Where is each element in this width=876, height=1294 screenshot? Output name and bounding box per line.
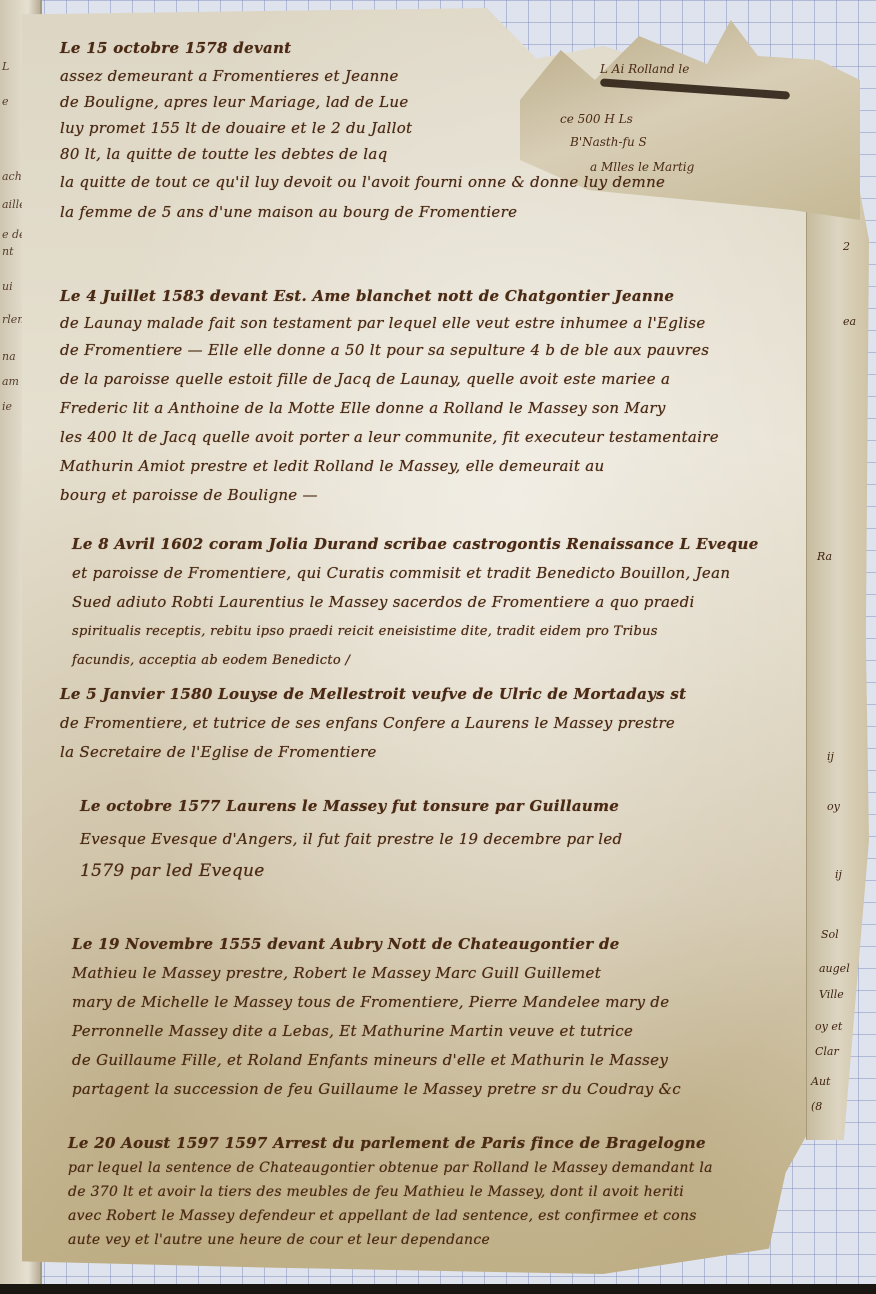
entry-line: Le 4 Juillet 1583 devant Est. Ame blanch…	[60, 282, 800, 311]
left-fragment: na	[2, 350, 16, 363]
register-entry-1580: Le 5 Janvier 1580 Louyse de Mellestroit …	[60, 680, 800, 767]
left-fragment: ui	[2, 280, 13, 293]
entry-line: de Fromentiere — Elle elle donne a 50 lt…	[60, 336, 800, 365]
entry-line: de la paroisse quelle estoit fille de Ja…	[60, 365, 800, 394]
left-fragment: L	[2, 60, 9, 73]
entry-line: Le 8 Avril 1602 coram Jolia Durand scrib…	[72, 530, 812, 559]
entry-line: par lequel la sentence de Chateaugontier…	[68, 1156, 808, 1180]
entry-line: aute vey et l'autre une heure de cour et…	[68, 1228, 808, 1252]
entry-line: de Guillaume Fille, et Roland Enfants mi…	[72, 1046, 812, 1075]
entry-line: Le 19 Novembre 1555 devant Aubry Nott de…	[72, 930, 812, 959]
entry-line: Frederic lit a Anthoine de la Motte Elle…	[60, 394, 800, 423]
margin-fragment: Ville	[819, 988, 844, 1001]
entry-line: de Fromentiere, et tutrice de ses enfans…	[60, 709, 800, 738]
entry-line: Evesque Evesque d'Angers, il fut fait pr…	[80, 821, 820, 857]
entry-line: de Launay malade fait son testament par …	[60, 311, 800, 336]
entry-line: la femme de 5 ans d'une maison au bourg …	[60, 197, 800, 227]
folded-margin-strip: e le 2 ea Ra ij oy ij Sol augel Ville oy…	[806, 140, 869, 1140]
register-entry-1597: Le 20 Aoust 1597 1597 Arrest du parlemen…	[68, 1130, 808, 1252]
margin-fragment: Aut	[811, 1075, 830, 1088]
left-fragment: am	[2, 375, 19, 388]
register-entry-1577: Le octobre 1577 Laurens le Massey fut to…	[80, 792, 820, 886]
entry-line: bourg et paroisse de Bouligne —	[60, 481, 800, 510]
margin-fragment: ij	[835, 868, 842, 881]
entry-line: Le 20 Aoust 1597 1597 Arrest du parlemen…	[68, 1130, 808, 1156]
margin-fragment: oy et	[815, 1020, 842, 1033]
register-entry-1578: Le 15 octobre 1578 devant assez demeuran…	[60, 34, 800, 227]
entry-line: la Secretaire de l'Eglise de Fromentiere	[60, 738, 800, 767]
margin-fragment: Sol	[821, 928, 839, 941]
entry-line: 1579 par led Eveque	[80, 857, 820, 886]
entry-line: 80 lt, la quitte de toutte les debtes de…	[60, 141, 800, 167]
entry-line: les 400 lt de Jacq quelle avoit porter a…	[60, 423, 800, 452]
margin-fragment: Ra	[817, 550, 832, 563]
register-entry-1555: Le 19 Novembre 1555 devant Aubry Nott de…	[72, 930, 812, 1104]
entry-line: Le 15 octobre 1578 devant	[60, 34, 800, 63]
entry-line: luy promet 155 lt de douaire et le 2 du …	[60, 115, 800, 141]
entry-line: Le octobre 1577 Laurens le Massey fut to…	[80, 792, 820, 821]
left-fragment: rlen	[2, 313, 24, 326]
entry-line: Mathurin Amiot prestre et ledit Rolland …	[60, 452, 800, 481]
left-fragment: ie	[2, 400, 12, 413]
entry-line: assez demeurant a Fromentieres et Jeanne	[60, 63, 800, 89]
entry-line: la quitte de tout ce qu'il luy devoit ou…	[60, 167, 800, 197]
entry-line: et paroisse de Fromentiere, qui Curatis …	[72, 559, 812, 588]
margin-fragment: Clar	[815, 1045, 839, 1058]
register-entry-1602: Le 8 Avril 1602 coram Jolia Durand scrib…	[72, 530, 812, 675]
entry-line: de 370 lt et avoir la tiers des meubles …	[68, 1180, 808, 1204]
margin-fragment: 2	[843, 240, 850, 253]
margin-fragment: augel	[819, 962, 850, 975]
margin-fragment: ij	[827, 750, 834, 763]
entry-line: de Bouligne, apres leur Mariage, lad de …	[60, 89, 800, 115]
left-fragment: nt	[2, 245, 14, 258]
register-entry-1583: Le 4 Juillet 1583 devant Est. Ame blanch…	[60, 282, 800, 510]
scan-bottom-shadow	[0, 1284, 876, 1294]
entry-line: Mathieu le Massey prestre, Robert le Mas…	[72, 959, 812, 988]
entry-line: Sued adiuto Robti Laurentius le Massey s…	[72, 588, 812, 617]
entry-line: facundis, acceptia ab eodem Benedicto /	[72, 646, 812, 675]
left-fragment: e	[2, 95, 9, 108]
entry-line: partagent la succession de feu Guillaume…	[72, 1075, 812, 1104]
margin-fragment: (8	[811, 1100, 822, 1113]
entry-line: mary de Michelle le Massey tous de Frome…	[72, 988, 812, 1017]
entry-line: Perronnelle Massey dite a Lebas, Et Math…	[72, 1017, 812, 1046]
margin-fragment: ea	[843, 315, 856, 328]
margin-fragment: oy	[827, 800, 840, 813]
entry-line: avec Robert le Massey defendeur et appel…	[68, 1204, 808, 1228]
entry-line: Le 5 Janvier 1580 Louyse de Mellestroit …	[60, 680, 800, 709]
entry-line: spiritualis receptis, rebitu ipso praedi…	[72, 617, 812, 646]
